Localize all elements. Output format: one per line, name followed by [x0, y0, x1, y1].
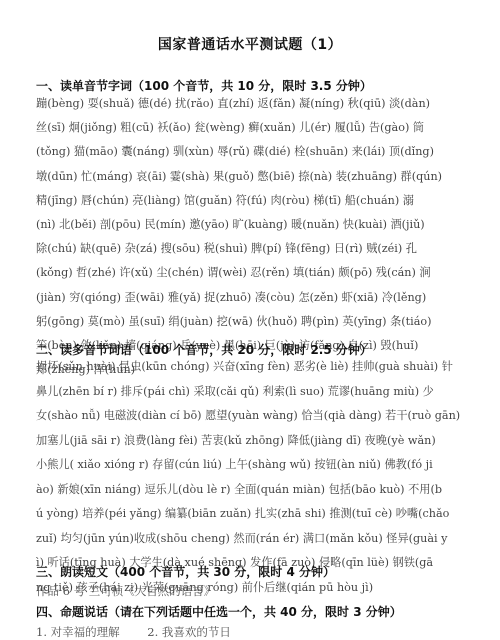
- syllable-line: 丝(sī) 炯(jiǒng) 粗(cū) 袄(ǎo) 瓮(wèng) 癣(xuǎ…: [36, 116, 466, 140]
- reading-passage-ref: 作品 6 号 竺可桢《大自然的语言》: [36, 583, 215, 599]
- word-line: zuǐ) 均匀(jūn yún)收成(shōu cheng) 然而(rán ér…: [36, 527, 466, 552]
- syllable-line: 精(jīng) 唇(chún) 亮(liàng) 馆(guǎn) 符(fú) 肉…: [36, 189, 466, 213]
- word-line: 加塞儿(jiā sāi r) 浪费(làng fèi) 苦衷(kǔ zhōng)…: [36, 429, 466, 454]
- word-line: 小熊儿( xiǎo xióng r) 存留(cún liú) 上午(shàng …: [36, 453, 466, 478]
- topic-item: 2. 我喜欢的节日: [147, 624, 231, 640]
- section-3-heading: 三、朗读短文（400 个音节，共 30 分，限时 4 分钟）: [36, 563, 335, 580]
- section-1-single-syllables: 蹦(bèng) 耍(shuǎ) 德(dé) 扰(rǎo) 直(zhí) 返(fǎ…: [36, 92, 466, 382]
- word-line: 鼻儿(zhēn bí r) 排斥(pái chì) 采取(cǎi qǔ) 利索(…: [36, 380, 466, 405]
- word-line: ào) 新娘(xīn niáng) 逗乐儿(dòu lè r) 全面(quán …: [36, 478, 466, 503]
- word-line: ú yòng) 培养(péi yǎng) 编纂(biān zuǎn) 扎实(zh…: [36, 502, 466, 527]
- test-paper-page: 国家普通话水平测试题（1） 一、读单音节字词（100 个音节，共 10 分，限时…: [0, 0, 500, 640]
- syllable-line: (jiàn) 穷(qióng) 歪(wāi) 雅(yǎ) 捉(zhuō) 凑(c…: [36, 286, 466, 310]
- syllable-line: 蹦(bèng) 耍(shuǎ) 德(dé) 扰(rǎo) 直(zhí) 返(fǎ…: [36, 92, 466, 116]
- section-4-heading: 四、命题说话（请在下列话题中任选一个，共 40 分，限时 3 分钟）: [36, 603, 402, 620]
- syllable-line: 除(chú) 缺(quē) 杂(zá) 搜(sōu) 税(shuì) 脾(pí)…: [36, 237, 466, 261]
- topic-item: 1. 对幸福的理解: [36, 624, 120, 640]
- speaking-topics: 1. 对幸福的理解 2. 我喜欢的节日: [36, 624, 255, 640]
- word-line: 损坏(sǔn huài) 昆虫(kūn chóng) 兴奋(xīng fèn) …: [36, 355, 466, 380]
- syllable-line: (kǒng) 哲(zhé) 许(xǔ) 尘(chén) 谓(wèi) 忍(rěn…: [36, 261, 466, 285]
- page-title: 国家普通话水平测试题（1）: [0, 34, 500, 54]
- syllable-line: 墩(dūn) 忙(máng) 哀(āi) 霎(shà) 果(guǒ) 憋(biē…: [36, 165, 466, 189]
- word-line: 女(shào nǚ) 电磁波(diàn cí bō) 愿望(yuàn wàng)…: [36, 404, 466, 429]
- syllable-line: (tǒng) 猫(māo) 囊(náng) 驯(xùn) 辱(rǔ) 碟(dié…: [36, 140, 466, 164]
- syllable-line: 躬(gōng) 莫(mò) 虽(suī) 绢(juàn) 挖(wā) 伙(huǒ…: [36, 310, 466, 334]
- syllable-line: (nì) 北(běi) 剖(pōu) 民(mín) 邀(yāo) 旷(kuàng…: [36, 213, 466, 237]
